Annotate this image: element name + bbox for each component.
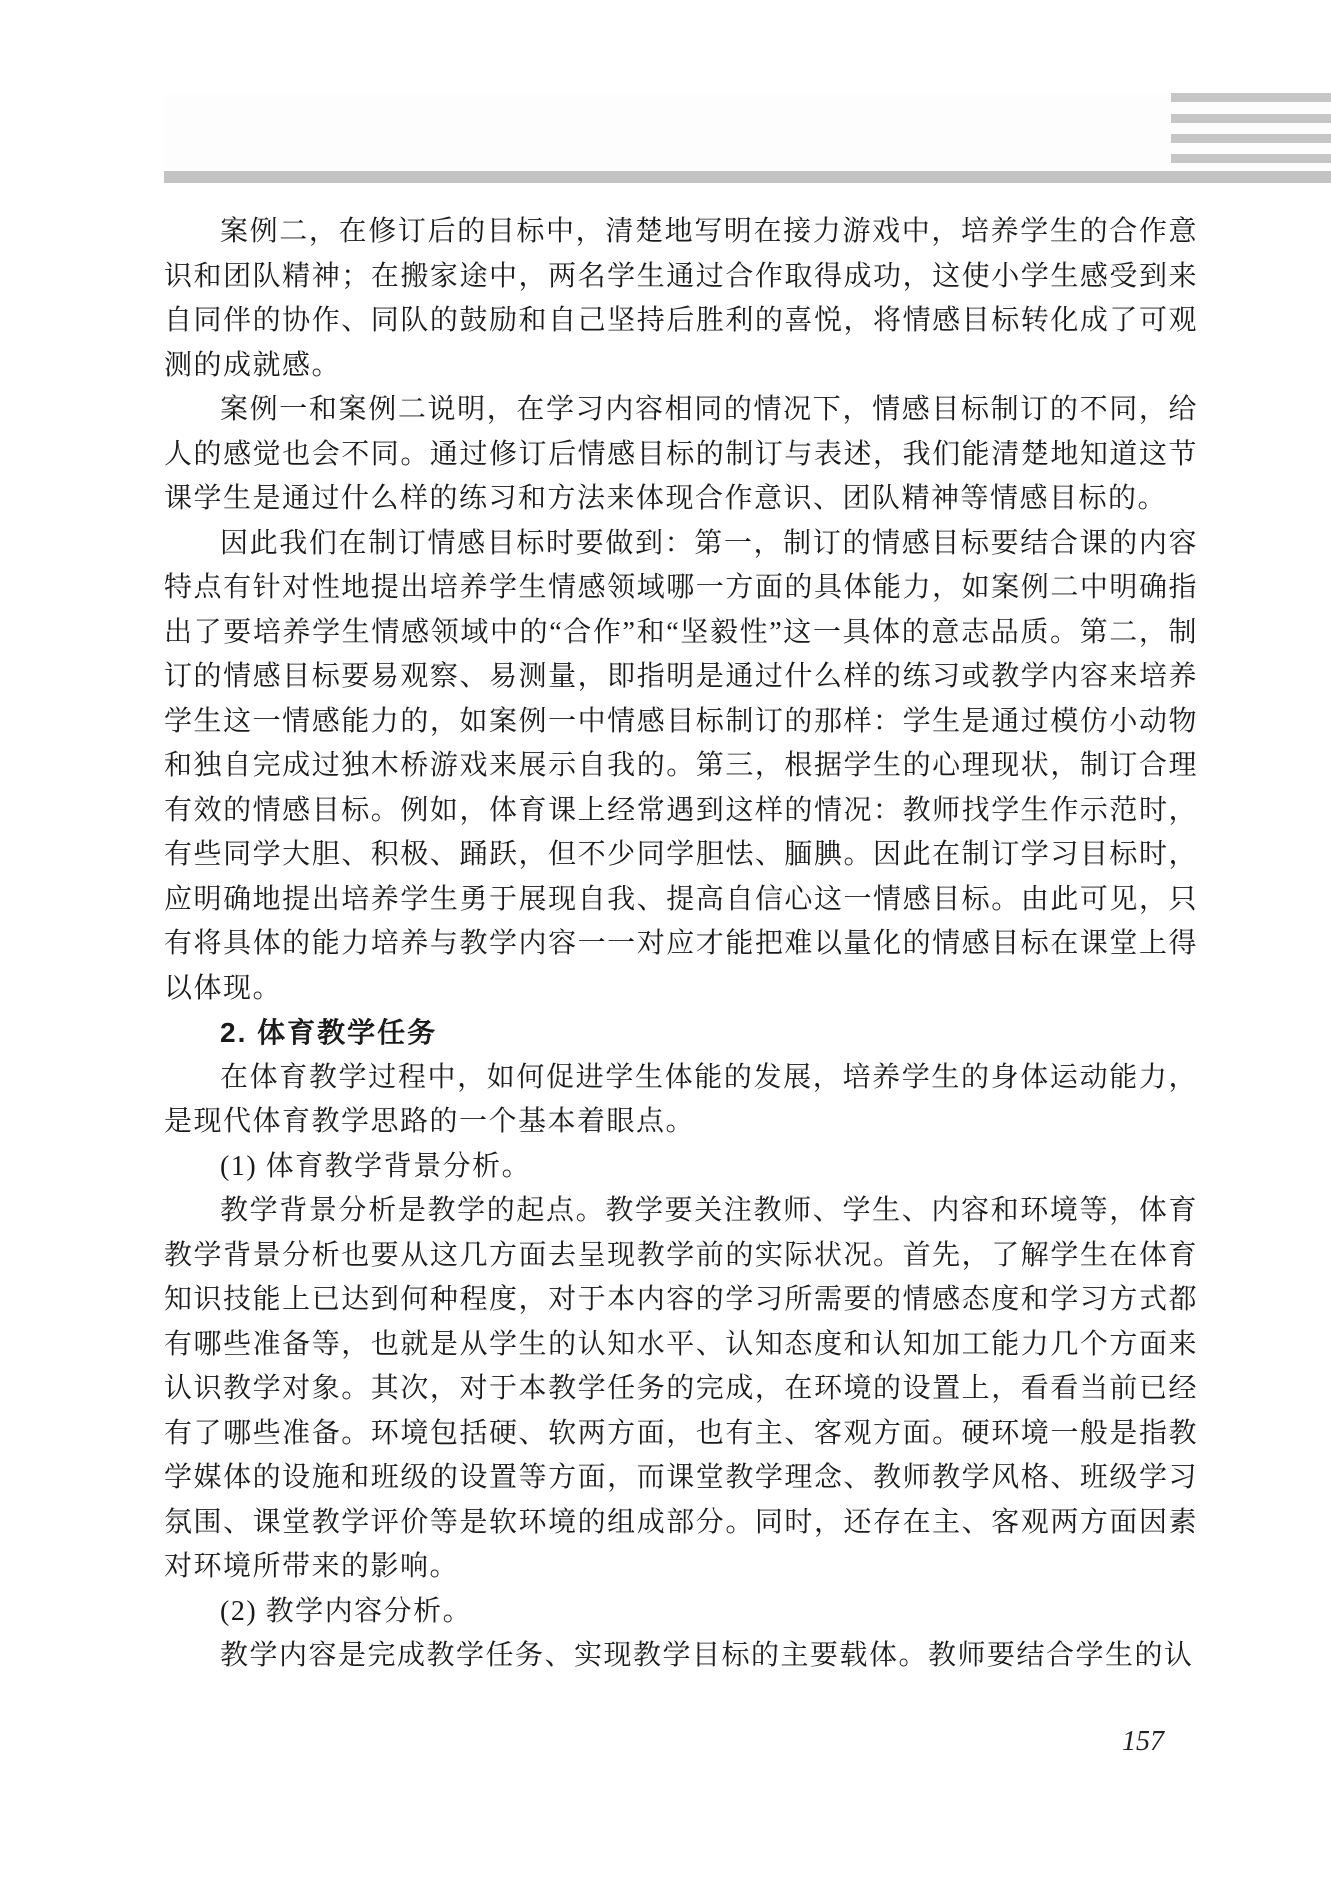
paragraph-case2: 案例二，在修订后的目标中，清楚地写明在接力游戏中，培养学生的合作意识和团队精神；… [164, 210, 1198, 388]
page-number: 157 [1122, 1726, 1164, 1758]
paragraph-background-analysis: 教学背景分析是教学的起点。教学要关注教师、学生、内容和环境等，体育教学背景分析也… [164, 1189, 1198, 1590]
subsection-heading-background-analysis: (1) 体育教学背景分析。 [164, 1145, 1198, 1190]
header-box [164, 95, 1331, 169]
paragraph-pe-process: 在体育教学过程中，如何促进学生体能的发展，培养学生的身体运动能力，是现代体育教学… [164, 1056, 1198, 1145]
paragraph-case-comparison: 案例一和案例二说明，在学习内容相同的情况下，情感目标制订的不同，给人的感觉也会不… [164, 388, 1198, 522]
header-stripe-4 [1171, 154, 1331, 163]
page-content: 案例二，在修订后的目标中，清楚地写明在接力游戏中，培养学生的合作意识和团队精神；… [164, 210, 1198, 1679]
header-stripe-1 [1171, 93, 1331, 102]
header-rule [164, 171, 1331, 183]
paragraph-emotional-goals: 因此我们在制订情感目标时要做到：第一，制订的情感目标要结合课的内容特点有针对性地… [164, 522, 1198, 1012]
header-stripe-3 [1171, 134, 1331, 143]
paragraph-content-analysis: 教学内容是完成教学任务、实现教学目标的主要载体。教师要结合学生的认 [164, 1634, 1198, 1679]
header-stripe-2 [1171, 114, 1331, 123]
section-heading-pe-teaching-tasks: 2. 体育教学任务 [164, 1011, 1198, 1056]
book-page: 案例二，在修订后的目标中，清楚地写明在接力游戏中，培养学生的合作意识和团队精神；… [0, 0, 1331, 1884]
subsection-heading-content-analysis: (2) 教学内容分析。 [164, 1590, 1198, 1635]
